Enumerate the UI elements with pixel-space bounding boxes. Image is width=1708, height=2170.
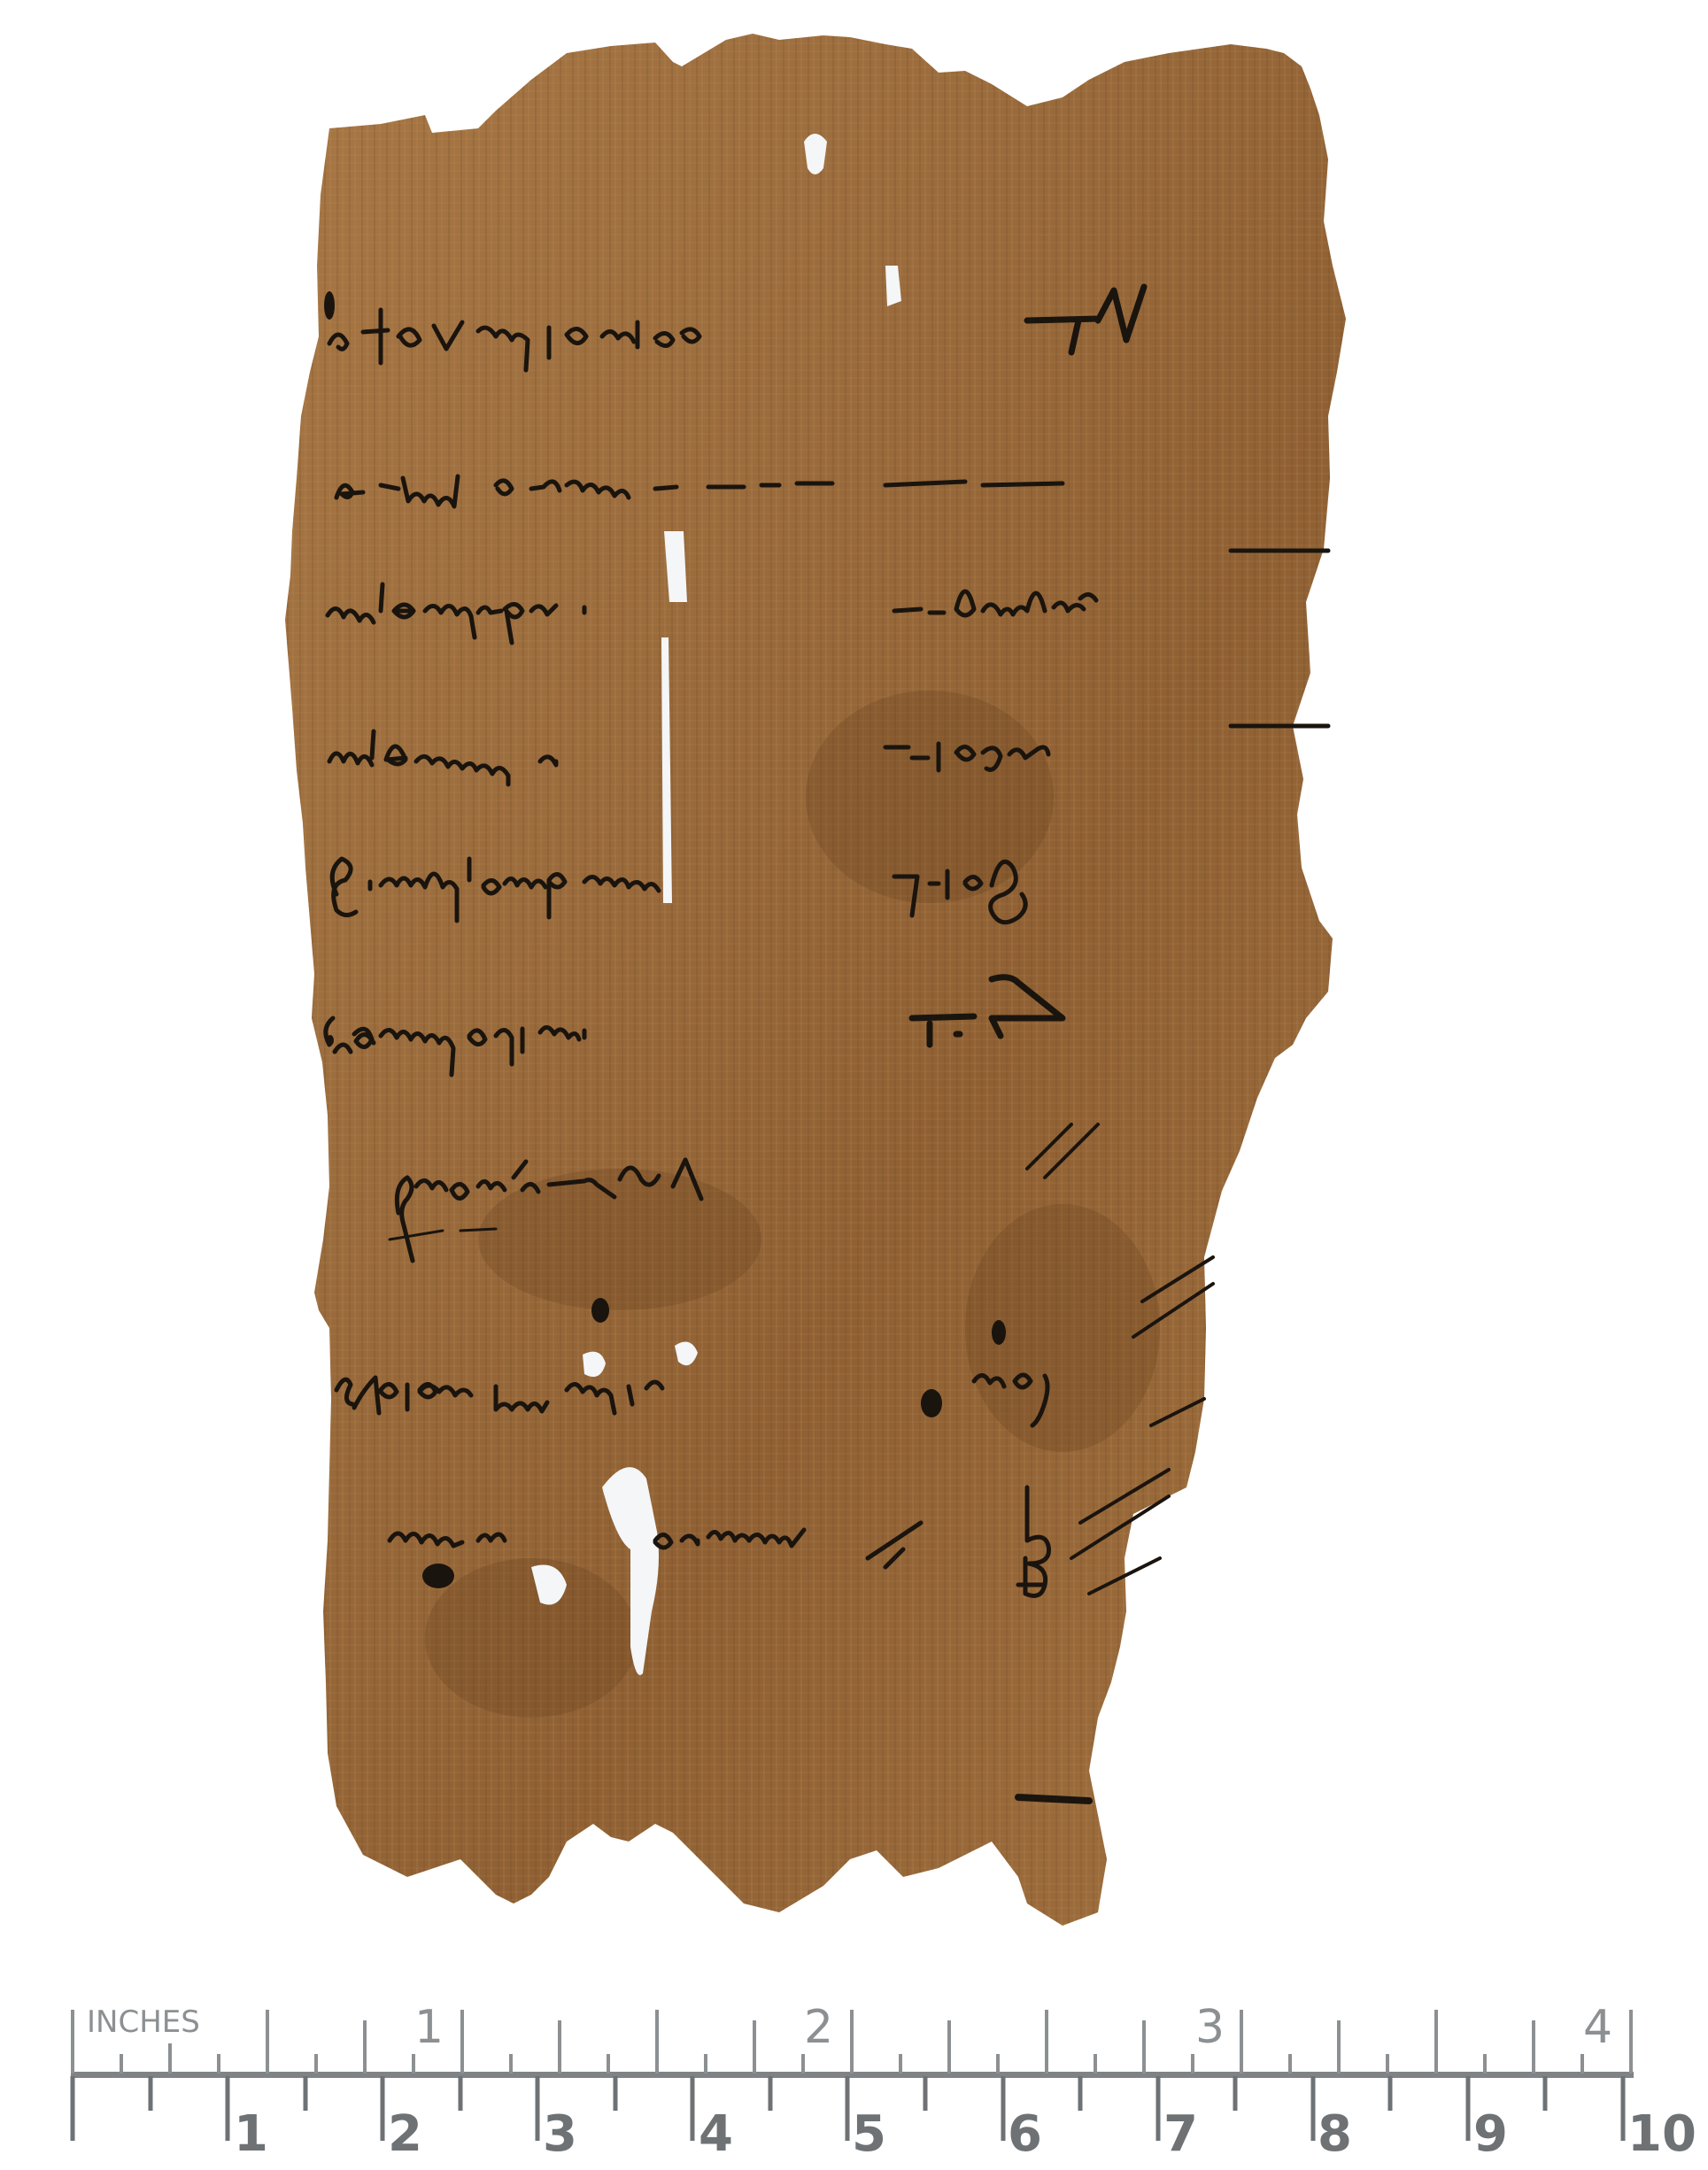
cm-label-1: 1	[234, 2105, 268, 2163]
cm-label-6: 6	[1008, 2105, 1042, 2163]
cm-label-8: 8	[1318, 2105, 1352, 2163]
measurement-ruler: INCHES 1 2 3 4 1 2 3 4 5 6 7 8 9 10	[0, 1974, 1708, 2170]
cm-label-3: 3	[543, 2105, 577, 2163]
inch-label-2: 2	[804, 2001, 833, 2054]
cm-label-4: 4	[699, 2105, 733, 2163]
papyrus-fragment	[0, 0, 1708, 1948]
cm-label-5: 5	[852, 2105, 886, 2163]
cm-label-10: 10	[1627, 2105, 1696, 2163]
cm-label-7: 7	[1163, 2105, 1198, 2163]
inch-label-4: 4	[1583, 2001, 1612, 2054]
cm-label-2: 2	[388, 2105, 422, 2163]
inch-label-3: 3	[1195, 2001, 1225, 2054]
cm-label-9: 9	[1473, 2105, 1508, 2163]
inch-label-1: 1	[414, 2001, 444, 2054]
papyrus-image	[0, 0, 1708, 1948]
ruler-unit-label: INCHES	[87, 2004, 200, 2040]
